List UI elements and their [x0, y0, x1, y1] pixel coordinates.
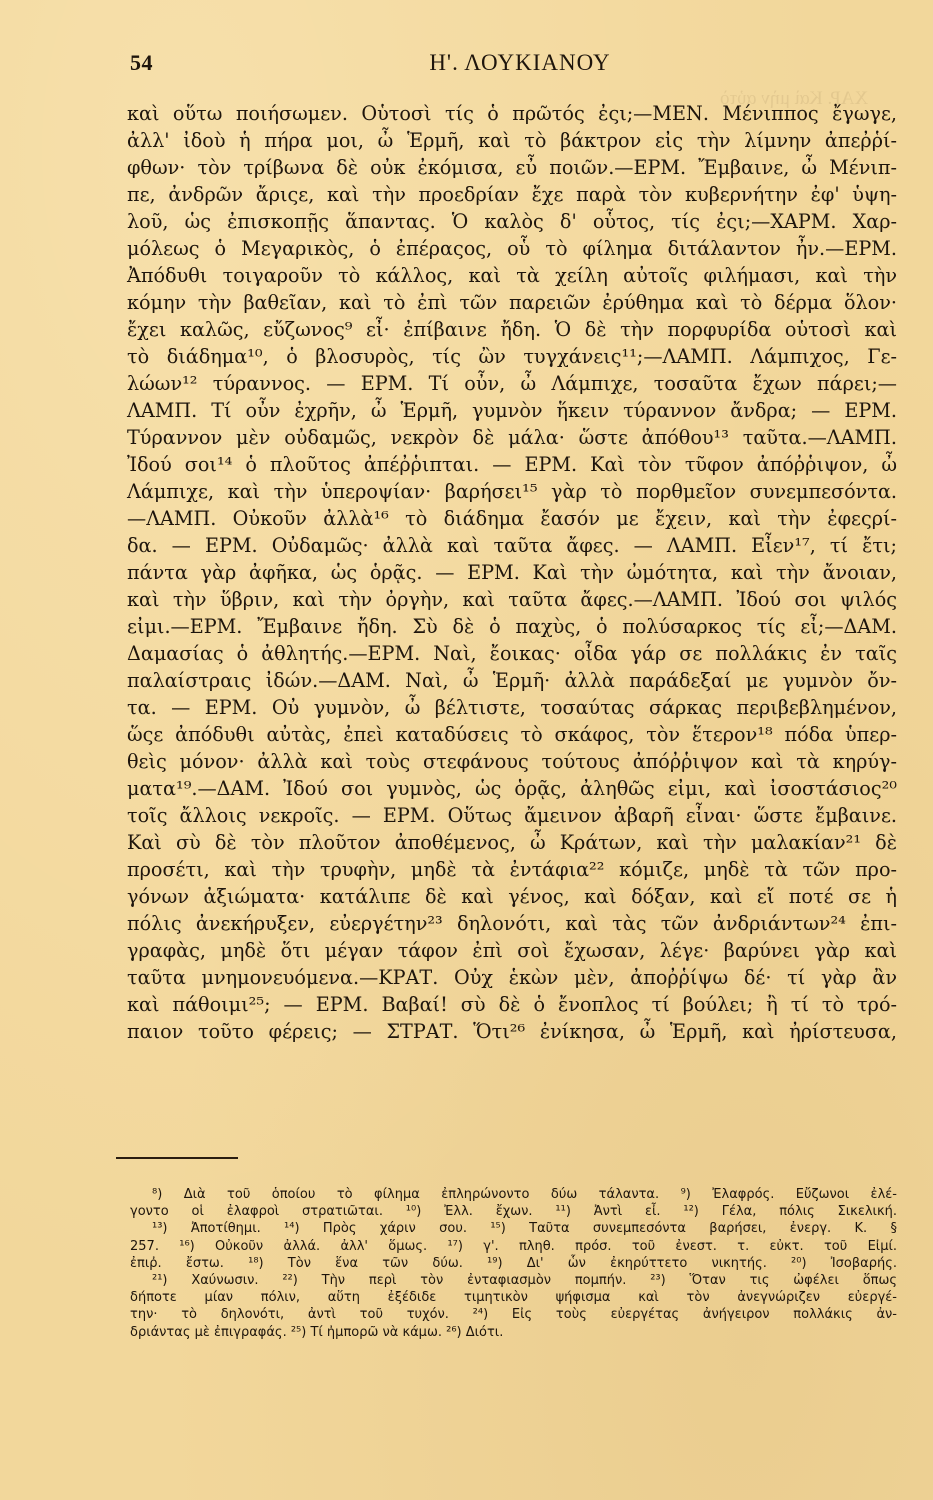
- footnote-line: ²¹) Χαύνωσιν. ²²) Τὴν περὶ τὸν ἐνταφιασμ…: [130, 1272, 897, 1289]
- text-line: πάντα γὰρ ἀφῆκα, ὡς ὁρᾷς. — ΕΡΜ. Καὶ τὴν…: [127, 559, 897, 586]
- page-header: 54 Η'. ΛΟΥΚΙΑΝΟΥ: [130, 50, 870, 90]
- text-line: Καὶ σὺ δὲ τὸν πλοῦτον ἀποθέμενος, ὦ Κράτ…: [127, 829, 897, 856]
- footnote-line: ἐπιῤ. ἔστω. ¹⁸) Τὸν ἕνα τῶν δύω. ¹⁹) Δι'…: [130, 1255, 897, 1272]
- footnote-line: ⁸) Διὰ τοῦ ὁποίου τὸ φίλημα ἐπληρώνοντο …: [130, 1186, 897, 1203]
- footnote-line: την· τὸ δηλονότι, ἀντὶ τοῦ τυχόν. ²⁴) Εἰ…: [130, 1306, 897, 1323]
- running-title: Η'. ΛΟΥΚΙΑΝΟΥ: [130, 50, 870, 76]
- text-line: πόλις ἀνεκήρυξεν, εὐεργέτην²³ δηλονότι, …: [127, 910, 897, 937]
- footnote-line: 257. ¹⁶) Οὐκοῦν ἀλλά. ἀλλ' ὅμως. ¹⁷) γ'.…: [130, 1238, 897, 1255]
- text-line: παλαίστραις ἰδών.—ΔΑΜ. Ναὶ, ὦ Ἑρμῆ· ἀλλὰ…: [127, 667, 897, 694]
- text-line: —ΛΑΜΠ. Οὐκοῦν ἀλλὰ¹⁶ τὸ διάδημα ἔασόν με…: [127, 505, 897, 532]
- text-line: καὶ τὴν ὕβριν, καὶ τὴν ὀργὴν, καὶ ταῦτα …: [127, 586, 897, 613]
- footnote-line: δριάντας μὲ ἐπιγραφάς. ²⁵) Τί ἠμπορῶ νὰ …: [130, 1324, 897, 1341]
- footnote-line: γοντο οἱ ἐλαφροὶ στρατιῶται. ¹⁰) Ἐλλ. ἔχ…: [130, 1203, 897, 1220]
- text-line: ἔχει καλῶς, εὔζωνος⁹ εἶ· ἐπίβαινε ἤδη. Ὁ…: [127, 316, 897, 343]
- main-text: καὶ οὕτω ποιήσωμεν. Οὑτοσὶ τίς ὁ πρῶτός …: [127, 100, 897, 1072]
- footnote-line: ¹³) Ἀποτίθημι. ¹⁴) Πρὸς χάριν σου. ¹⁵) Τ…: [130, 1220, 897, 1237]
- text-line: γόνων ἀξιώματα· κατάλιπε δὲ καὶ γένος, κ…: [127, 883, 897, 910]
- text-line: ὥςε ἀπόδυθι αὐτὰς, ἐπεὶ καταδύσεις τὸ σκ…: [127, 721, 897, 748]
- footnotes: ⁸) Διὰ τοῦ ὁποίου τὸ φίλημα ἐπληρώνοντο …: [130, 1186, 897, 1341]
- text-line: εἰμι.—ΕΡΜ. Ἔμβαινε ἤδη. Σὺ δὲ ὁ παχὺς, ὁ…: [127, 613, 897, 640]
- text-line: Λάμπιχε, καὶ τὴν ὑπεροψίαν· βαρήσει¹⁵ γὰ…: [127, 478, 897, 505]
- text-line: Δαμασίας ὁ ἀθλητής.—ΕΡΜ. Ναὶ, ἔοικας· οἶ…: [127, 640, 897, 667]
- text-line: λοῦ, ὡς ἐπισκοπῇς ἅπαντας. Ὁ καλὸς δ' οὗ…: [127, 208, 897, 235]
- text-line: τοῖς ἄλλοις νεκροῖς. — ΕΡΜ. Οὕτως ἄμεινο…: [127, 802, 897, 829]
- text-line: τὸ διάδημα¹⁰, ὁ βλοσυρὸς, τίς ὢν τυγχάνε…: [127, 343, 897, 370]
- text-line: Τύραννον μὲν οὐδαμῶς, νεκρὸν δὲ μάλα· ὥσ…: [127, 424, 897, 451]
- text-line: προσέτι, καὶ τὴν τρυφὴν, μηδὲ τὰ ἐντάφια…: [127, 856, 897, 883]
- text-line: λώων¹² τύραννος. — ΕΡΜ. Τί οὖν, ὦ Λάμπιχ…: [127, 370, 897, 397]
- text-line: δα. — ΕΡΜ. Οὐδαμῶς· ἀλλὰ καὶ ταῦτα ἄφες.…: [127, 532, 897, 559]
- text-line: παιον τοῦτο φέρεις; — ΣΤΡΑΤ. Ὅτι²⁶ ἐνίκη…: [127, 1018, 897, 1045]
- footnote-separator: [116, 1157, 238, 1159]
- text-line: τα. — ΕΡΜ. Οὐ γυμνὸν, ὦ βέλτιστε, τοσαύτ…: [127, 694, 897, 721]
- text-line: Ἰδού σοι¹⁴ ὁ πλοῦτος ἀπέῤῥιπται. — ΕΡΜ. …: [127, 451, 897, 478]
- text-line: καὶ πάθοιμι²⁵; — ΕΡΜ. Βαβαί! σὺ δὲ ὁ ἔνο…: [127, 991, 897, 1018]
- text-line: ἀλλ' ἰδοὺ ἡ πήρα μοι, ὦ Ἑρμῆ, καὶ τὸ βάκ…: [127, 127, 897, 154]
- text-line: γραφὰς, μηδὲ ὅτι μέγαν τάφον ἐπὶ σοὶ ἔχω…: [127, 937, 897, 964]
- text-line: πε, ἀνδρῶν ἄριςε, καὶ τὴν προεδρίαν ἔχε …: [127, 181, 897, 208]
- text-line: ΛΑΜΠ. Τί οὖν ἐχρῆν, ὦ Ἑρμῆ, γυμνὸν ἥκειν…: [127, 397, 897, 424]
- text-line: ταῦτα μνημονευόμενα.—ΚΡΑΤ. Οὐχ ἑκὼν μὲν,…: [127, 964, 897, 991]
- text-line: θεὶς μόνον· ἀλλὰ καὶ τοὺς στεφάνους τούτ…: [127, 748, 897, 775]
- text-line: φθων· τὸν τρίβωνα δὲ οὐκ ἐκόμισα, εὖ ποι…: [127, 154, 897, 181]
- text-line: Ἀπόδυθι τοιγαροῦν τὸ κάλλος, καὶ τὰ χείλ…: [127, 262, 897, 289]
- text-line: κόμην τὴν βαθεῖαν, καὶ τὸ ἐπὶ τῶν παρειῶ…: [127, 289, 897, 316]
- text-line: μόλεως ὁ Μεγαρικὸς, ὁ ἐπέραςος, οὗ τὸ φί…: [127, 235, 897, 262]
- text-line: καὶ οὕτω ποιήσωμεν. Οὑτοσὶ τίς ὁ πρῶτός …: [127, 100, 897, 127]
- footnote-line: δήποτε μίαν πόλιν, αὕτη ἐξέδιδε τιμητικὸ…: [130, 1289, 897, 1306]
- text-line: [127, 1045, 897, 1072]
- book-page: ΧΑΡ. Καὶ μὴν αὐτὸ 54 Η'. ΛΟΥΚΙΑΝΟΥ καὶ ο…: [0, 0, 933, 1500]
- text-line: ματα¹⁹.—ΔΑΜ. Ἰδού σοι γυμνὸς, ὡς ὁρᾷς, ἀ…: [127, 775, 897, 802]
